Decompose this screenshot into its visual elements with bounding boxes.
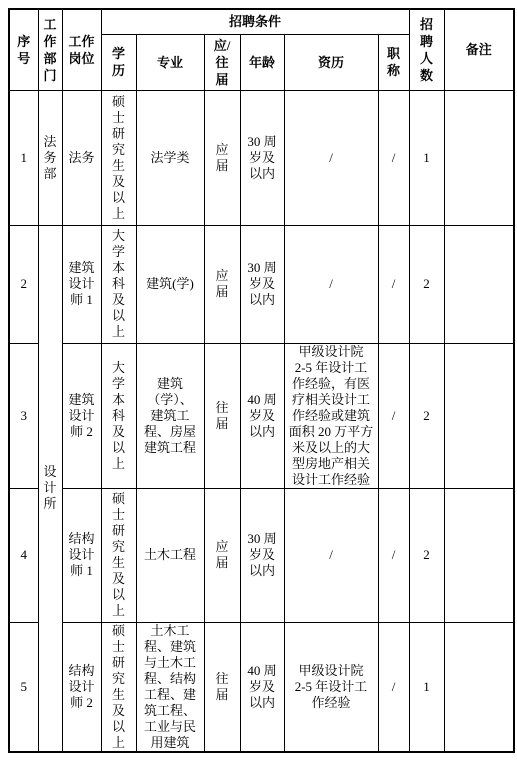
cell-title: /	[378, 343, 409, 488]
cell-seq: 4	[9, 488, 38, 622]
recruitment-table: 序 号 工 作 部 门 工作 岗位 招聘条件 招 聘 人 数 备注 学 历 专业…	[8, 8, 515, 753]
cell-experience: 甲级设计院 2-5 年设计工 作经验	[284, 622, 378, 752]
cell-grad-type: 应 届	[204, 90, 240, 225]
cell-education: 硕 士 研 究 生 及 以 上	[101, 90, 136, 225]
cell-headcount: 1	[409, 90, 444, 225]
table-row-5: 5 结构 设计 师 2 硕 士 研 究 生 及 以 上 土木工 程、建筑 与土木…	[9, 622, 514, 752]
cell-experience: /	[284, 90, 378, 225]
cell-experience: /	[284, 225, 378, 343]
cell-remarks	[444, 90, 514, 225]
header-conditions: 招聘条件	[101, 9, 409, 34]
cell-remarks	[444, 622, 514, 752]
header-grad-type: 应/ 往 届	[204, 34, 240, 90]
cell-major: 土木工 程、建筑 与土木工 程、结构 工程、建 筑工程、 工业与民 用建筑	[136, 622, 204, 752]
cell-experience: /	[284, 488, 378, 622]
cell-age: 40 周 岁及 以内	[240, 622, 284, 752]
cell-department-merged: 设 计 所	[38, 225, 62, 752]
table-row-1: 1 法 务 部 法务 硕 士 研 究 生 及 以 上 法学类 应 届 30 周 …	[9, 90, 514, 225]
cell-grad-type: 往 届	[204, 343, 240, 488]
cell-major: 法学类	[136, 90, 204, 225]
cell-seq: 5	[9, 622, 38, 752]
table-row-4: 4 结构 设计 师 1 硕 士 研 究 生 及 以 上 土木工程 应 届 30 …	[9, 488, 514, 622]
header-age: 年龄	[240, 34, 284, 90]
cell-title: /	[378, 225, 409, 343]
table-header: 序 号 工 作 部 门 工作 岗位 招聘条件 招 聘 人 数 备注 学 历 专业…	[9, 9, 514, 90]
cell-education: 大 学 本 科 及 以 上	[101, 343, 136, 488]
cell-headcount: 2	[409, 225, 444, 343]
cell-headcount: 2	[409, 488, 444, 622]
cell-experience: 甲级设计院 2-5 年设计工 作经验，有医 疗相关设计工 作经验或建筑 面积 2…	[284, 343, 378, 488]
cell-grad-type: 应 届	[204, 488, 240, 622]
header-position: 工作 岗位	[62, 9, 101, 90]
cell-seq: 1	[9, 90, 38, 225]
cell-headcount: 1	[409, 622, 444, 752]
cell-grad-type: 应 届	[204, 225, 240, 343]
header-remarks: 备注	[444, 9, 514, 90]
header-headcount: 招 聘 人 数	[409, 9, 444, 90]
cell-department: 法 务 部	[38, 90, 62, 225]
header-department: 工 作 部 门	[38, 9, 62, 90]
cell-education: 硕 士 研 究 生 及 以 上	[101, 622, 136, 752]
cell-remarks	[444, 225, 514, 343]
table-body: 1 法 务 部 法务 硕 士 研 究 生 及 以 上 法学类 应 届 30 周 …	[9, 90, 514, 752]
cell-major: 建筑(学)	[136, 225, 204, 343]
cell-position: 建筑 设计 师 1	[62, 225, 101, 343]
cell-major: 建筑 （学）、 建筑工 程、房屋 建筑工程	[136, 343, 204, 488]
cell-grad-type: 往 届	[204, 622, 240, 752]
cell-age: 30 周 岁及 以内	[240, 488, 284, 622]
cell-remarks	[444, 488, 514, 622]
cell-title: /	[378, 90, 409, 225]
cell-position: 建筑 设计 师 2	[62, 343, 101, 488]
cell-headcount: 2	[409, 343, 444, 488]
table-row-2: 2 设 计 所 建筑 设计 师 1 大 学 本 科 及 以 上 建筑(学) 应 …	[9, 225, 514, 343]
cell-age: 30 周 岁及 以内	[240, 225, 284, 343]
cell-seq: 2	[9, 225, 38, 343]
cell-position: 法务	[62, 90, 101, 225]
cell-education: 大 学 本 科 及 以 上	[101, 225, 136, 343]
header-major: 专业	[136, 34, 204, 90]
header-education: 学 历	[101, 34, 136, 90]
cell-age: 30 周 岁及 以内	[240, 90, 284, 225]
cell-major: 土木工程	[136, 488, 204, 622]
cell-position: 结构 设计 师 1	[62, 488, 101, 622]
table-row-3: 3 建筑 设计 师 2 大 学 本 科 及 以 上 建筑 （学）、 建筑工 程、…	[9, 343, 514, 488]
header-row-top: 序 号 工 作 部 门 工作 岗位 招聘条件 招 聘 人 数 备注	[9, 9, 514, 34]
cell-age: 40 周 岁及 以内	[240, 343, 284, 488]
header-seq: 序 号	[9, 9, 38, 90]
cell-title: /	[378, 488, 409, 622]
cell-title: /	[378, 622, 409, 752]
cell-education: 硕 士 研 究 生 及 以 上	[101, 488, 136, 622]
cell-position: 结构 设计 师 2	[62, 622, 101, 752]
cell-seq: 3	[9, 343, 38, 488]
cell-remarks	[444, 343, 514, 488]
header-title: 职 称	[378, 34, 409, 90]
header-experience: 资历	[284, 34, 378, 90]
